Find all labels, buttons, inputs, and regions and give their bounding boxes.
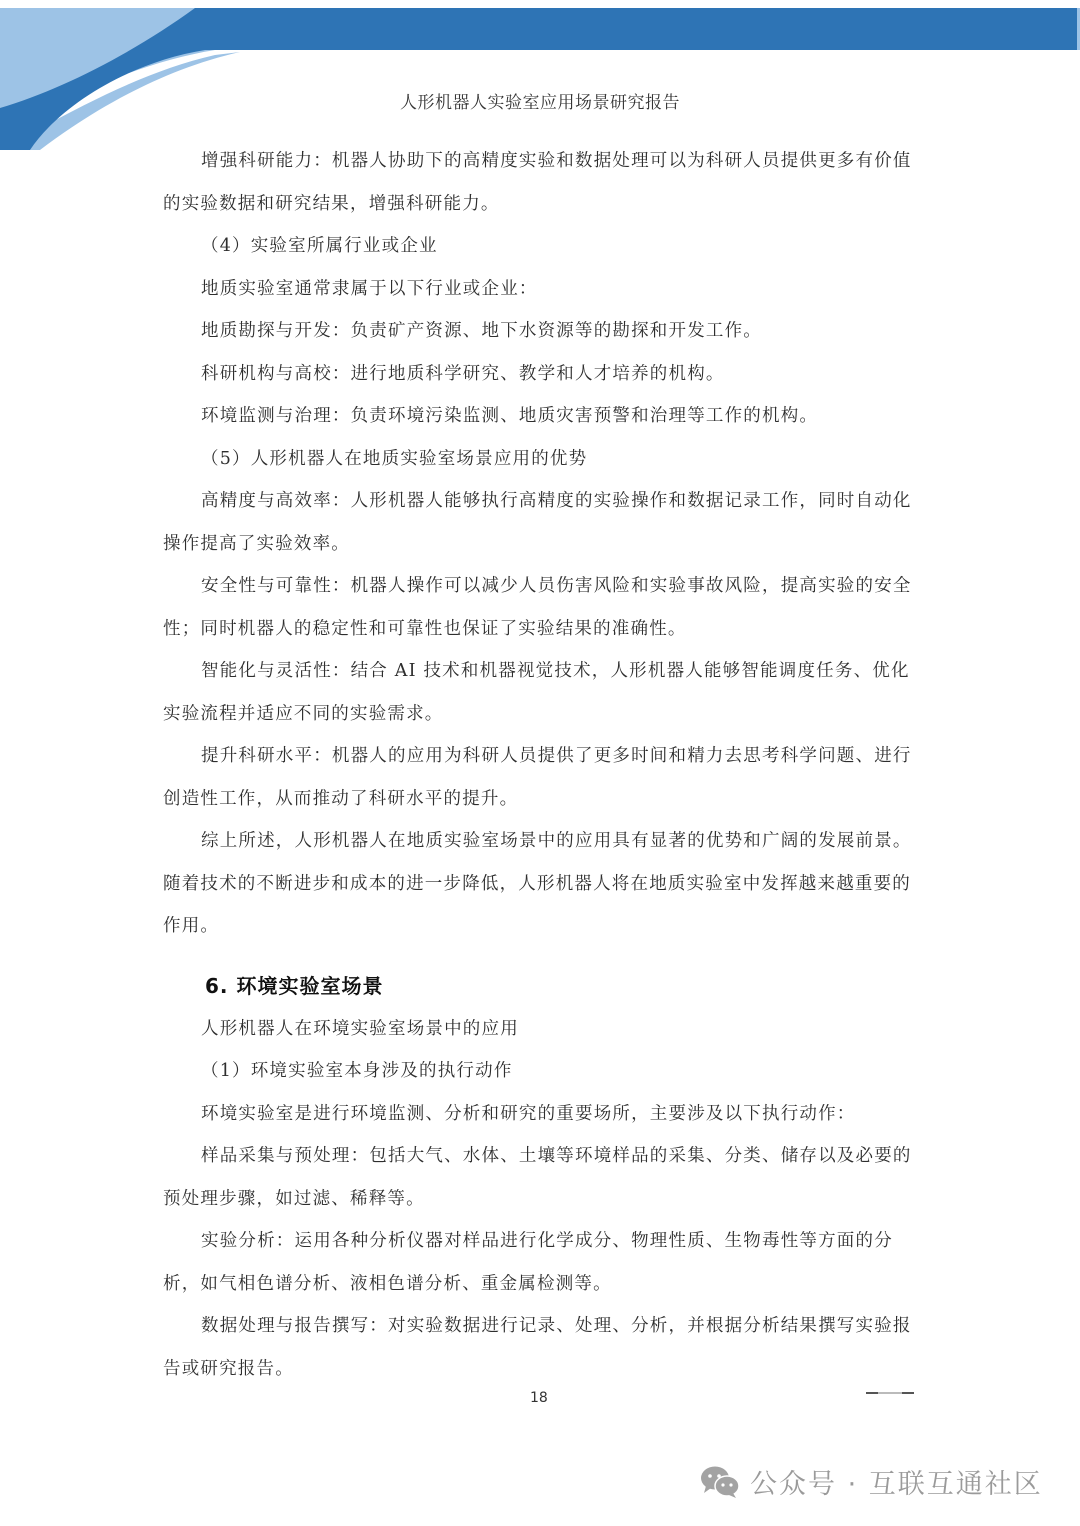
header-decoration xyxy=(0,0,1080,150)
subsection-title: （1）环境实验室本身涉及的执行动作 xyxy=(163,1050,918,1093)
paragraph: 地质实验室通常隶属于以下行业或企业： xyxy=(163,268,918,311)
paragraph: 高精度与高效率：人形机器人能够执行高精度的实验操作和数据记录工作，同时自动化操作… xyxy=(163,480,918,565)
paragraph: 样品采集与预处理：包括大气、水体、土壤等环境样品的采集、分类、储存以及必要的预处… xyxy=(163,1135,918,1220)
paragraph: 智能化与灵活性：结合 AI 技术和机器视觉技术，人形机器人能够智能调度任务、优化… xyxy=(163,650,918,735)
paragraph: 人形机器人在环境实验室场景中的应用 xyxy=(163,1008,918,1051)
running-title: 人形机器人实验室应用场景研究报告 xyxy=(0,88,1080,113)
paragraph: 实验分析：运用各种分析仪器对样品进行化学成分、物理性质、生物毒性等方面的分析，如… xyxy=(163,1220,918,1305)
watermark: 公众号 · 互联互通社区 xyxy=(700,1462,1043,1501)
paragraph: 环境实验室是进行环境监测、分析和研究的重要场所，主要涉及以下执行动作： xyxy=(163,1093,918,1136)
wechat-icon xyxy=(700,1465,740,1499)
list-item: 环境监测与治理：负责环境污染监测、地质灾害预警和治理等工作的机构。 xyxy=(163,395,918,438)
paragraph: 提升科研水平：机器人的应用为科研人员提供了更多时间和精力去思考科学问题、进行创造… xyxy=(163,735,918,820)
paragraph: 安全性与可靠性：机器人操作可以减少人员伤害风险和实验事故风险，提高实验的安全性；… xyxy=(163,565,918,650)
list-item: 地质勘探与开发：负责矿产资源、地下水资源等的勘探和开发工作。 xyxy=(163,310,918,353)
subsection-title: （4）实验室所属行业或企业 xyxy=(163,225,918,268)
page-number: 18 xyxy=(530,1390,548,1406)
document-body: 增强科研能力：机器人协助下的高精度实验和数据处理可以为科研人员提供更多有价值的实… xyxy=(163,140,918,1390)
footer-mark xyxy=(866,1392,914,1394)
list-item: 科研机构与高校：进行地质科学研究、教学和人才培养的机构。 xyxy=(163,353,918,396)
subsection-title: （5）人形机器人在地质实验室场景应用的优势 xyxy=(163,438,918,481)
watermark-text: 公众号 · 互联互通社区 xyxy=(750,1462,1043,1501)
paragraph: 综上所述，人形机器人在地质实验室场景中的应用具有显著的优势和广阔的发展前景。随着… xyxy=(163,820,918,948)
section-heading: 6. 环境实验室场景 xyxy=(205,966,918,1006)
paragraph: 增强科研能力：机器人协助下的高精度实验和数据处理可以为科研人员提供更多有价值的实… xyxy=(163,140,918,225)
paragraph: 数据处理与报告撰写：对实验数据进行记录、处理、分析，并根据分析结果撰写实验报告或… xyxy=(163,1305,918,1390)
